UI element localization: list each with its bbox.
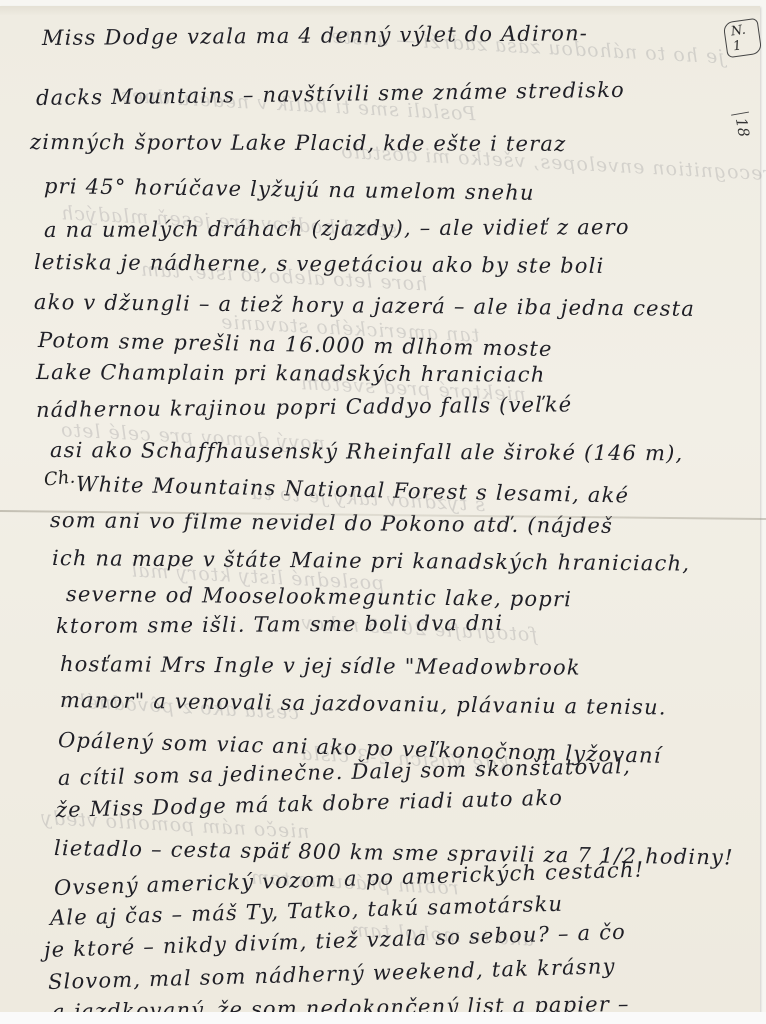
- letter-line: letiska je nádherne, s vegetáciou ako by…: [34, 250, 605, 278]
- letter-line: asi ako Schaffhausenský Rheinfall ale ši…: [50, 438, 684, 465]
- letter-line: ktorom sme išli. Tam sme boli dva dni: [56, 611, 503, 638]
- letter-line: dacks Mountains – navštívili sme známe s…: [36, 78, 625, 110]
- letter-line: a na umelých dráhach (zjazdy), – ale vid…: [44, 215, 630, 242]
- page-number-marker: N. 1: [723, 18, 763, 59]
- scan-bottom-margin: [0, 1012, 766, 1024]
- right-margin-note: 18: [731, 112, 753, 139]
- letter-line: Miss Dodge vzala ma 4 denný výlet do Adi…: [42, 21, 588, 50]
- letter-line: ako v džungli – a tiež hory a jazerá – a…: [34, 290, 695, 321]
- letter-line: zimných športov Lake Placid, kde ešte i …: [30, 130, 566, 156]
- letter-line: a cítil som sa jedinečne. Ďalej som skon…: [58, 754, 631, 790]
- letter-line: Potom sme prešli na 16.000 m dlhom moste: [38, 328, 553, 361]
- letter-line: nádhernou krajinou popri Caddyo falls (v…: [36, 392, 573, 422]
- letter-line: White Mountains National Forest s lesami…: [76, 472, 630, 508]
- letter-line: že Miss Dodge má tak dobre riadi auto ak…: [56, 786, 564, 822]
- left-margin-note: Ch.: [43, 466, 76, 490]
- letter-line: hosťami Mrs Ingle v jej sídle "Meadowbro…: [60, 652, 581, 680]
- letter-line: manor" a venovali sa jazdovaniu, plávani…: [60, 688, 667, 719]
- letter-line: Slovom, mal som nádherný weekend, tak kr…: [48, 954, 616, 994]
- letter-page: je ho to náhodou zasa zadrží — a iste Po…: [0, 6, 760, 1014]
- letter-line: Lake Champlain pri kanadských hraniciach: [36, 360, 546, 387]
- letter-line: ich na mape v štáte Maine pri kanadských…: [52, 546, 690, 576]
- letter-line: severne od Mooselookmeguntic lake, popri: [66, 582, 572, 611]
- letter-line: pri 45° horúčave lyžujú na umelom snehu: [44, 174, 535, 205]
